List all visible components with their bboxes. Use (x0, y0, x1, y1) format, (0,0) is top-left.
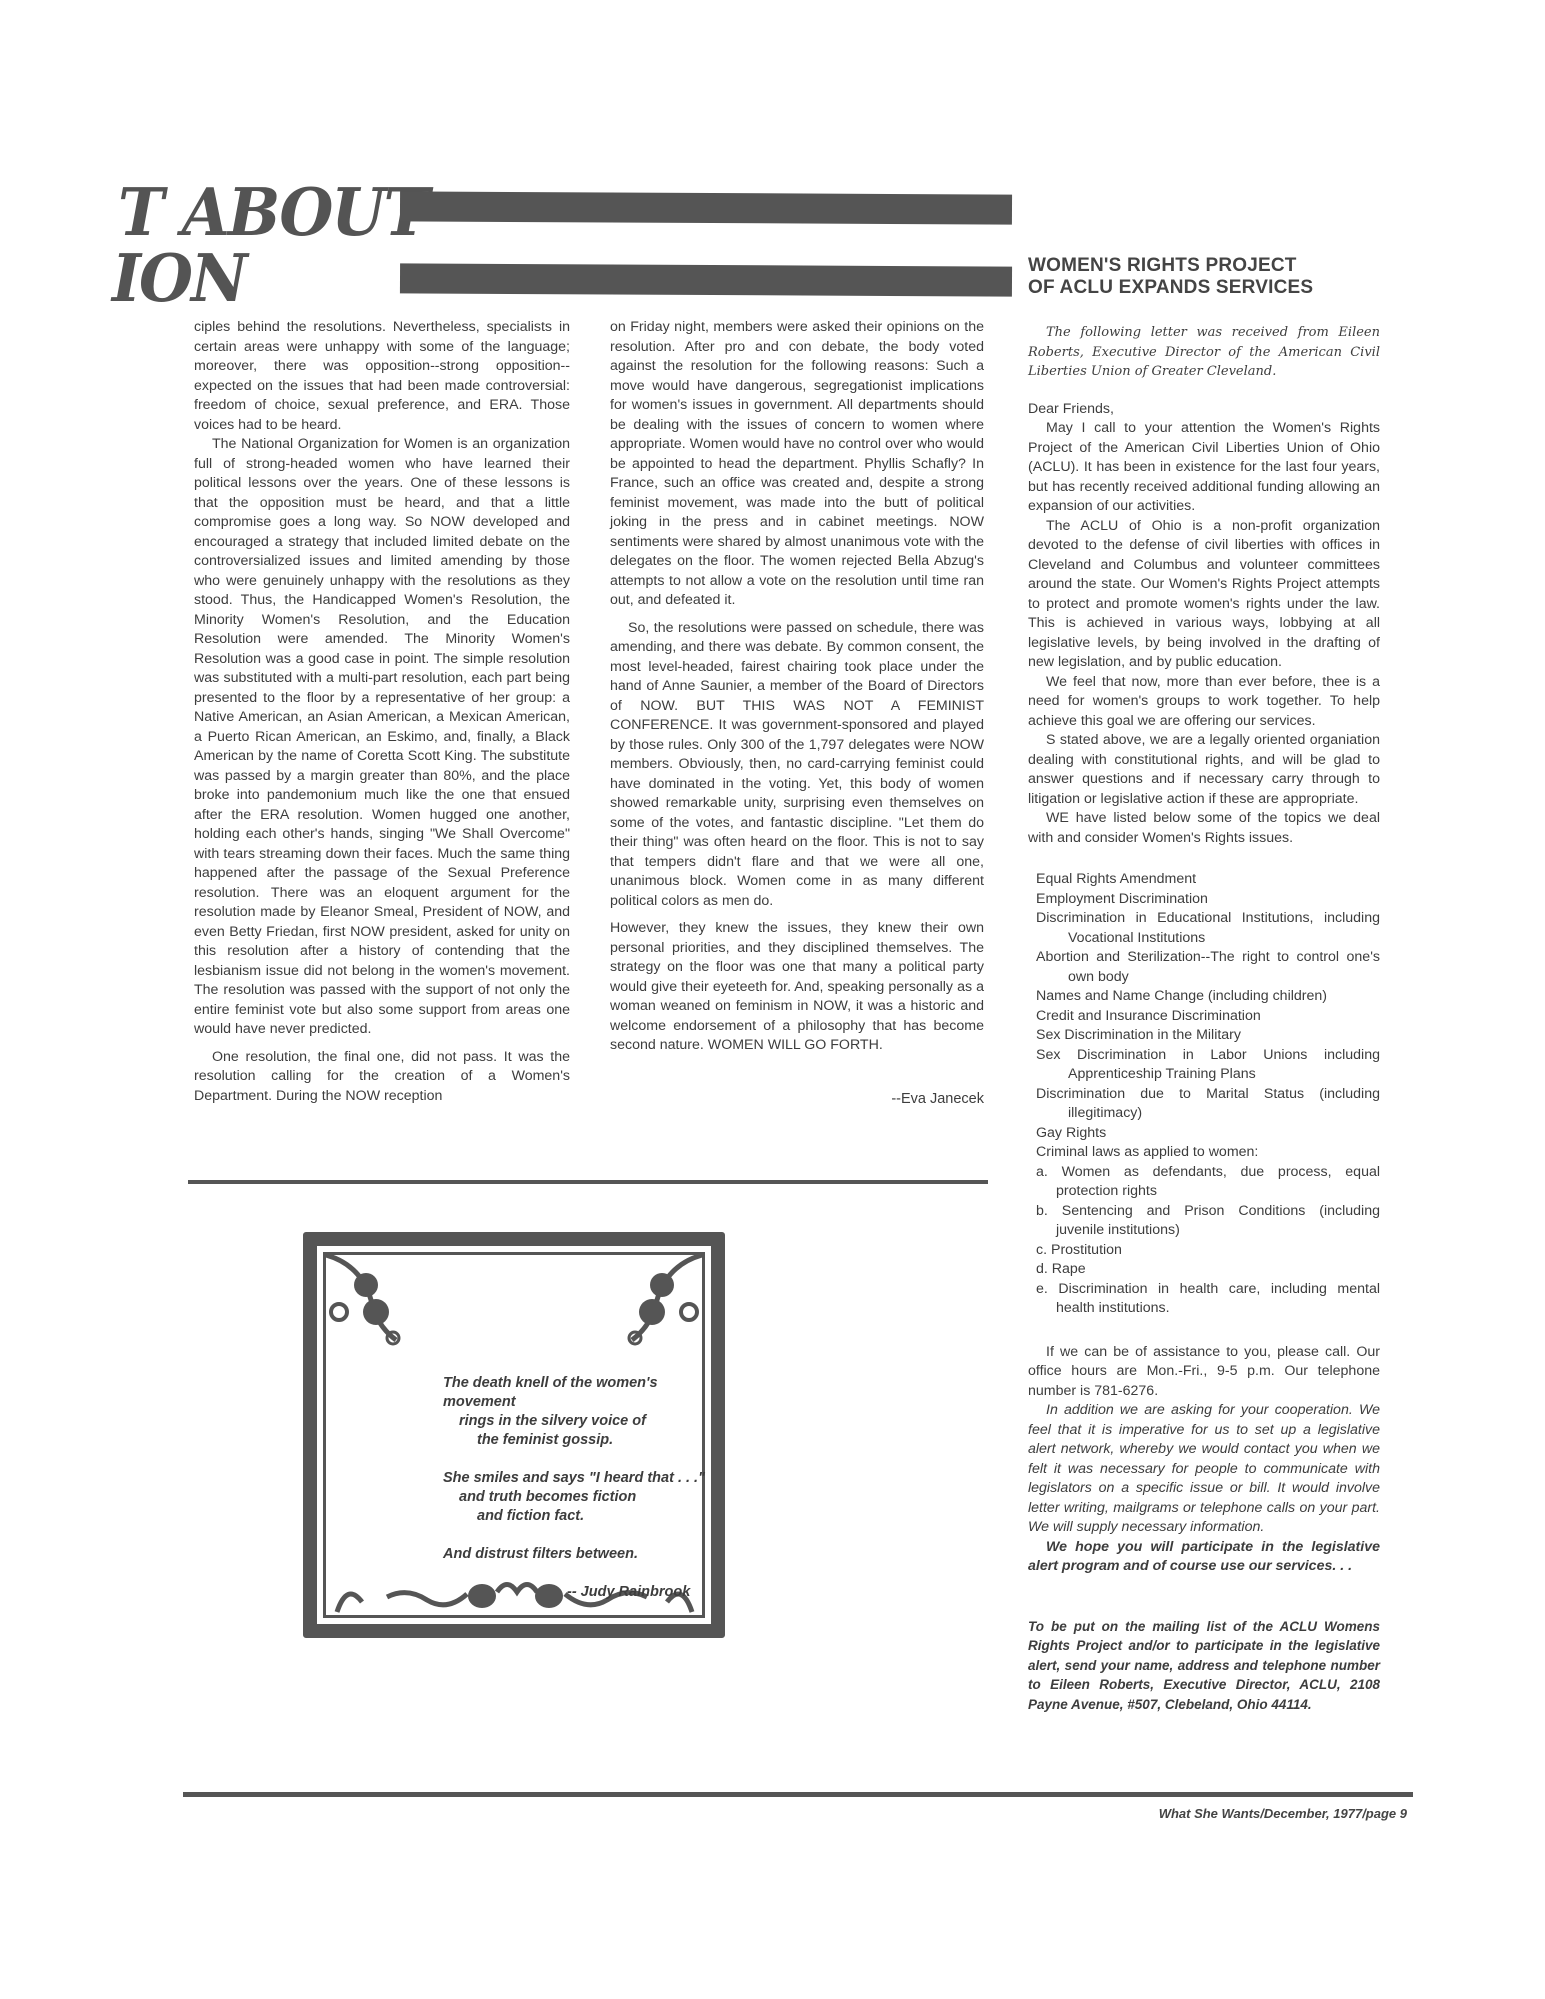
corner-ornament-top-left-icon (321, 1250, 401, 1350)
aclu-article: WOMEN'S RIGHTS PROJECT OF ACLU EXPANDS S… (1028, 255, 1388, 1714)
subtopic-item: c. Prostitution (1036, 1241, 1380, 1261)
article-column-2: on Friday night, members were asked thei… (610, 318, 984, 1109)
aclu-subtopics-list: a. Women as defendants, due process, equ… (1036, 1163, 1380, 1319)
article-column-1: ciples behind the resolutions. Neverthel… (194, 318, 570, 1106)
poem-line: She smiles and says "I heard that . . ." (443, 1469, 723, 1488)
corner-ornament-top-right-icon (627, 1250, 707, 1350)
poem-frame: The death knell of the women's movement … (303, 1232, 725, 1638)
aclu-intro: The following letter was received from E… (1028, 323, 1380, 382)
column-divider-rule (188, 1180, 988, 1184)
poem-author: -- Judy Rainbrook (443, 1583, 723, 1602)
topic-item: Sex Discrimination in Labor Unions inclu… (1036, 1046, 1380, 1085)
topic-item: Employment Discrimination (1036, 890, 1380, 910)
aclu-closing: If we can be of assistance to you, pleas… (1028, 1343, 1380, 1577)
aclu-body: The following letter was received from E… (1028, 323, 1380, 1714)
aclu-mailing-info: To be put on the mailing list of the ACL… (1028, 1617, 1380, 1715)
topic-item: Discrimination in Educational Institutio… (1036, 909, 1380, 948)
poem-line: The death knell of the women's movement (443, 1374, 723, 1412)
topic-item: Names and Name Change (including childre… (1036, 987, 1380, 1007)
article-signature: --Eva Janecek (610, 1090, 984, 1110)
topic-item: Sex Discrimination in the Military (1036, 1026, 1380, 1046)
article-paragraph: However, they knew the issues, they knew… (610, 919, 984, 1056)
footer-rule (183, 1792, 1413, 1797)
poem-line: and fiction fact. (443, 1507, 723, 1526)
aclu-paragraph: WE have listed below some of the topics … (1028, 809, 1380, 848)
poem-line: and truth becomes fiction (443, 1488, 723, 1507)
aclu-closing-paragraph: If we can be of assistance to you, pleas… (1028, 1343, 1380, 1402)
topic-item: Credit and Insurance Discrimination (1036, 1007, 1380, 1027)
subtopic-item: d. Rape (1036, 1260, 1380, 1280)
aclu-salutation: Dear Friends, (1028, 400, 1380, 420)
poem-text: The death knell of the women's movement … (443, 1374, 723, 1602)
headline-bar-top (400, 191, 1012, 224)
article-paragraph: One resolution, the final one, did not p… (194, 1048, 570, 1107)
subtopic-item: a. Women as defendants, due process, equ… (1036, 1163, 1380, 1202)
footer-page-info: What She Wants/December, 1977/page 9 (1159, 1806, 1407, 1821)
aclu-topics-list: Equal Rights Amendment Employment Discri… (1036, 870, 1380, 1163)
poem-line: And distrust filters between. (443, 1545, 723, 1564)
article-paragraph: on Friday night, members were asked thei… (610, 318, 984, 611)
subtopic-item: e. Discrimination in health care, includ… (1036, 1280, 1380, 1319)
aclu-closing-paragraph: In addition we are asking for your coope… (1028, 1401, 1380, 1538)
poem-line: rings in the silvery voice of (443, 1412, 723, 1431)
topic-item: Discrimination due to Marital Status (in… (1036, 1085, 1380, 1124)
aclu-paragraph: May I call to your attention the Women's… (1028, 419, 1380, 517)
aclu-title-line1: WOMEN'S RIGHTS PROJECT (1028, 255, 1388, 277)
article-paragraph: ciples behind the resolutions. Neverthel… (194, 318, 570, 435)
headline-line1: T ABOUT (118, 180, 428, 245)
topic-item: Criminal laws as applied to women: (1036, 1143, 1380, 1163)
aclu-closing-paragraph: We hope you will participate in the legi… (1028, 1538, 1380, 1577)
article-paragraph: The National Organization for Women is a… (194, 435, 570, 1040)
subtopic-item: b. Sentencing and Prison Conditions (inc… (1036, 1202, 1380, 1241)
aclu-title-line2: OF ACLU EXPANDS SERVICES (1028, 277, 1388, 299)
aclu-paragraph: We feel that now, more than ever before,… (1028, 673, 1380, 732)
topic-item: Gay Rights (1036, 1124, 1380, 1144)
aclu-paragraph: The ACLU of Ohio is a non-profit organiz… (1028, 517, 1380, 673)
topic-item: Equal Rights Amendment (1036, 870, 1380, 890)
poem-line: the feminist gossip. (443, 1431, 723, 1450)
article-paragraph: So, the resolutions were passed on sched… (610, 619, 984, 912)
topic-item: Abortion and Sterilization--The right to… (1036, 948, 1380, 987)
aclu-paragraph: S stated above, we are a legally oriente… (1028, 731, 1380, 809)
headline-line2: ION (112, 246, 246, 311)
headline-bar-bottom (400, 263, 1012, 296)
